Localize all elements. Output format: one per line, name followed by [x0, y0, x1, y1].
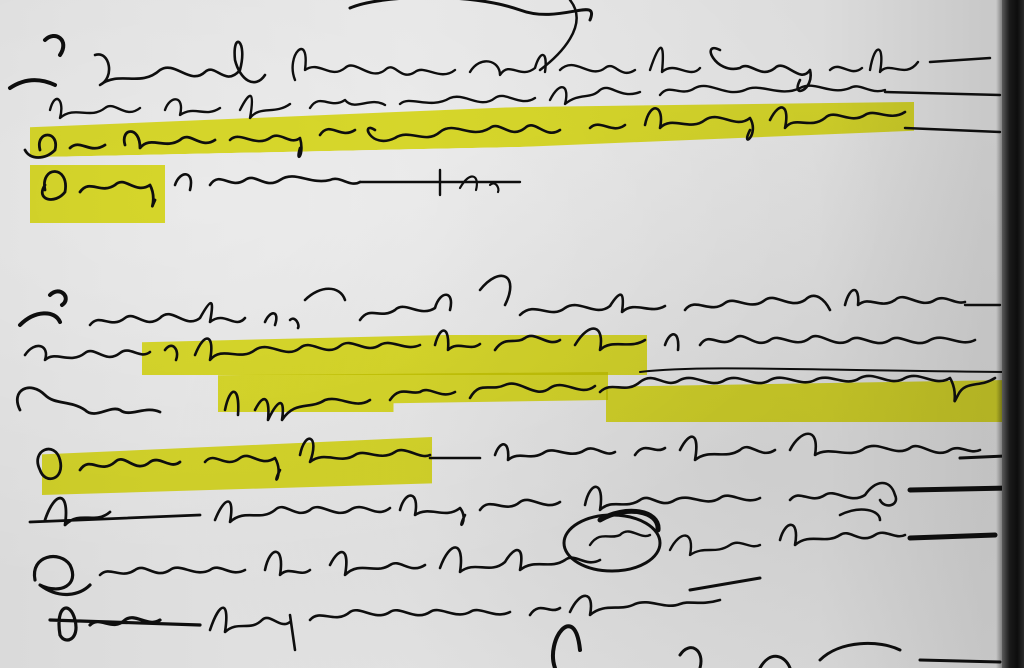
- entry-1-line-1: Le vendredy sixiesme doctob. sur les cin…: [40, 48, 707, 78]
- book-binding: [1002, 0, 1024, 668]
- entry-2-line-1: Le mecredy 17e doctob. mil six cens tren…: [30, 295, 781, 325]
- entry-1-line-3: tire dung coup de carabine es faux-bourg…: [40, 120, 755, 150]
- manuscript-page: Le vendredy sixiesme doctob. sur les cin…: [0, 0, 1024, 668]
- entry-2-line-5: et landemain son corps inhume au grand: [30, 490, 608, 520]
- entry-2-line-4: dung coup darquebuse . es limitz du plan…: [30, 440, 731, 470]
- entry-2-line-7: stog et la parroisse de stringe: [30, 600, 456, 630]
- entry-2-line-6: cymetiere et jaq. sollemnellement (Ulst.…: [30, 545, 746, 575]
- entry-2-line-2: heures es chastelbye du plan destaing et…: [30, 340, 796, 370]
- partial-bottom-line: Le . . . . du grand: [540, 640, 786, 668]
- entry-1-line-4: destaing et jaq. pro . . .: [40, 170, 372, 200]
- entry-1-line-2: heures du soir dung marchand appelle la …: [40, 85, 815, 115]
- entry-2-line-3: dange appelle la vendange et la parroiss…: [30, 385, 992, 415]
